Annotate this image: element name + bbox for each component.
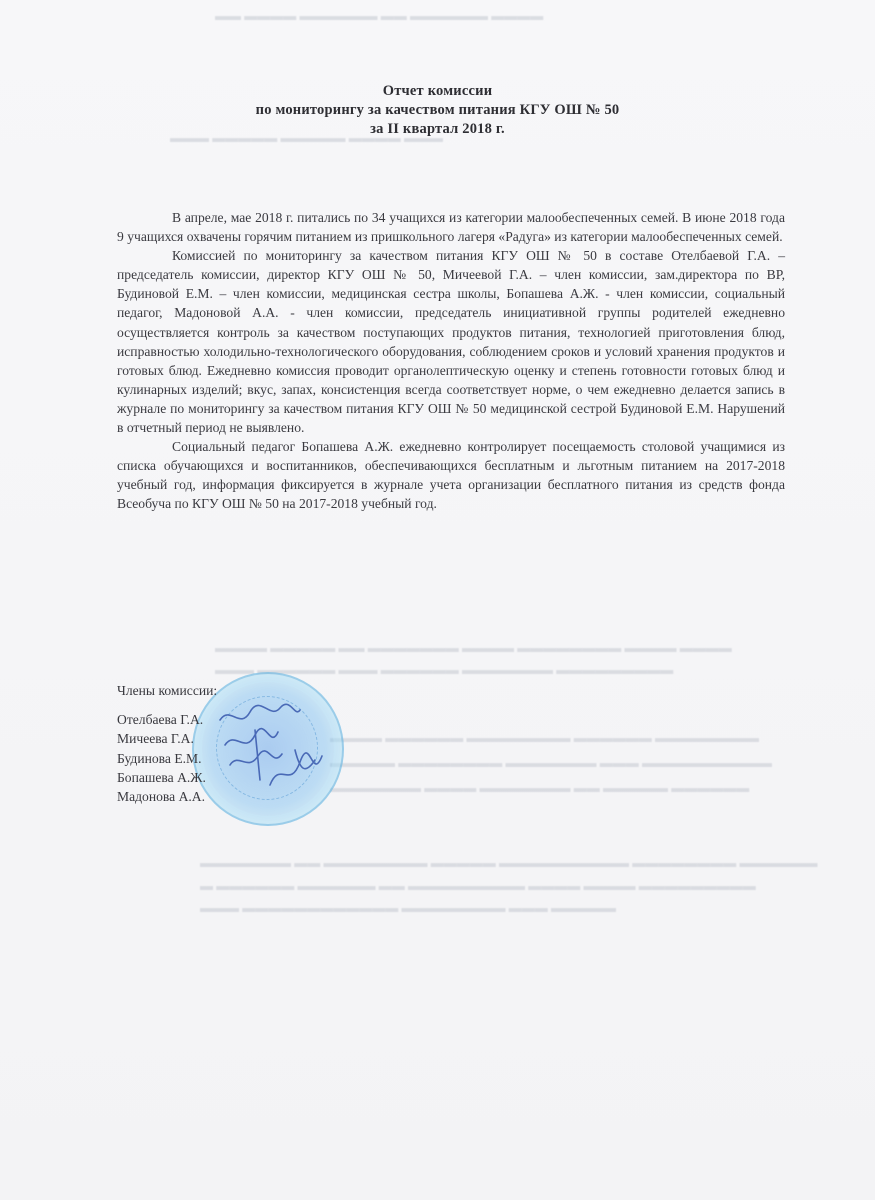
paragraph-2: Комиссией по мониторингу за качеством пи… <box>117 246 785 437</box>
bleed-through-text: ▬▬▬▬▬▬▬ ▬▬▬▬ ▬▬▬▬▬▬▬ ▬▬ ▬▬▬▬▬ ▬▬▬▬▬▬ <box>330 780 749 796</box>
signature-scribbles <box>200 690 340 810</box>
bleed-through-text: ▬ ▬▬▬▬▬▬ ▬▬▬▬▬▬ ▬▬ ▬▬▬▬▬▬▬▬▬ ▬▬▬▬ ▬▬▬▬ ▬… <box>200 878 756 894</box>
title-line-2: по мониторингу за качеством питания КГУ … <box>0 101 875 120</box>
title-line-3: за II квартал 2018 г. <box>0 120 875 139</box>
bleed-through-text: ▬▬▬▬ ▬▬▬▬▬ ▬▬ ▬▬▬▬▬▬▬ ▬▬▬▬ ▬▬▬▬▬▬▬▬ ▬▬▬▬… <box>215 640 732 656</box>
bleed-through-text: ▬▬▬ ▬▬▬▬▬▬▬▬▬▬▬▬ ▬▬▬▬▬▬▬▬ ▬▬▬ ▬▬▬▬▬ <box>200 900 616 916</box>
document-body: В апреле, мае 2018 г. питались по 34 уча… <box>117 208 785 514</box>
title-line-1: Отчет комиссии <box>0 82 875 101</box>
paragraph-3: Социальный педагог Бопашева А.Ж. ежеднев… <box>117 437 785 513</box>
bleed-through-text: ▬▬▬▬ ▬▬▬▬▬▬ ▬▬▬▬▬▬▬▬ ▬▬▬▬▬▬ ▬▬▬▬▬▬▬▬ <box>330 730 759 746</box>
bleed-through-text: ▬▬ ▬▬▬▬ ▬▬▬▬▬▬ ▬▬ ▬▬▬▬▬▬ ▬▬▬▬ <box>215 8 543 24</box>
paragraph-1: В апреле, мае 2018 г. питались по 34 уча… <box>117 208 785 246</box>
document-page: ▬▬ ▬▬▬▬ ▬▬▬▬▬▬ ▬▬ ▬▬▬▬▬▬ ▬▬▬▬ ▬▬▬ ▬▬▬▬▬ … <box>0 0 875 1200</box>
bleed-through-text: ▬▬▬▬▬ ▬▬▬▬▬▬▬▬ ▬▬▬▬▬▬▬ ▬▬▬ ▬▬▬▬▬▬▬▬▬▬ <box>330 755 772 771</box>
bleed-through-text: ▬▬▬▬▬▬▬ ▬▬ ▬▬▬▬▬▬▬▬ ▬▬▬▬▬ ▬▬▬▬▬▬▬▬▬▬ ▬▬▬… <box>200 855 818 871</box>
document-title: Отчет комиссии по мониторингу за качеств… <box>0 82 875 139</box>
